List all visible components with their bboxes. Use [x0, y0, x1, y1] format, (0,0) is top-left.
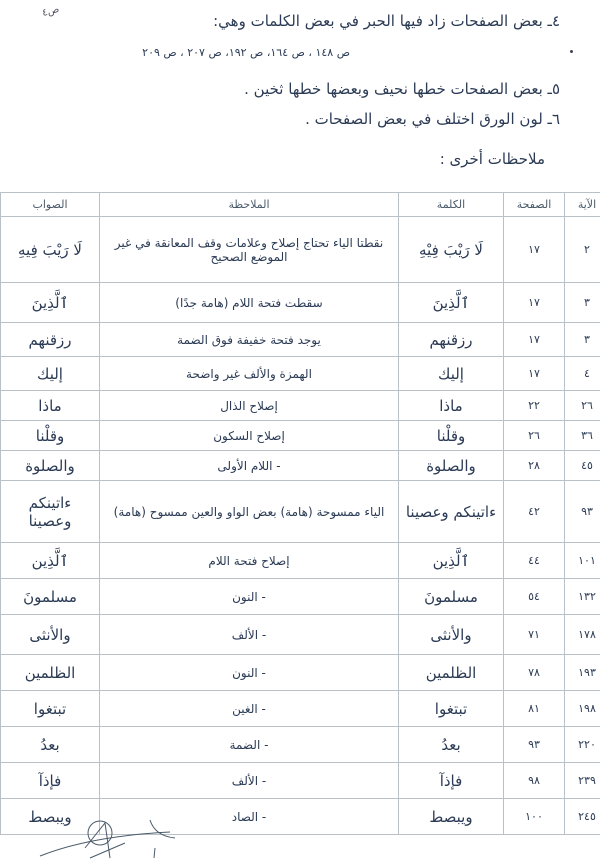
table-row: ٢٢٠٩٣بعدُ- الضمةبعدُ	[1, 727, 600, 763]
cell-note: - اللام الأولى	[100, 451, 399, 481]
cell-page: ٧٨	[504, 655, 565, 691]
cell-note: سقطت فتحة اللام (هامة جدًا)	[100, 283, 399, 323]
header-page: الصفحة	[504, 193, 565, 217]
cell-word: إليك	[399, 357, 504, 391]
cell-page: ٢٨	[504, 451, 565, 481]
cell-note: - الغين	[100, 691, 399, 727]
cell-page: ٢٢	[504, 391, 565, 421]
table-row: ٤٥٢٨والصلوة- اللام الأولىوالصلوة	[1, 451, 600, 481]
table-row: ٤١٧إليكالهمزة والألف غير واضحةإليك	[1, 357, 600, 391]
cell-page: ١٠٠	[504, 799, 565, 835]
cell-page: ١٧	[504, 283, 565, 323]
header-ayah: الآية	[565, 193, 600, 217]
cell-word: وقلْنا	[399, 421, 504, 451]
table-row: ٣٦٢٦وقلْناإصلاح السكونوقلْنا	[1, 421, 600, 451]
cell-note: - الضمة	[100, 727, 399, 763]
cell-word: مسلمونَ	[399, 579, 504, 615]
note-item-6: ٦ـ لون الورق اختلف في بعض الصفحات .	[305, 110, 560, 128]
cell-word: ماذا	[399, 391, 504, 421]
cell-correction: ءاتينكم وعصينا	[1, 481, 100, 543]
cell-ayah: ٣	[565, 323, 600, 357]
cell-page: ٥٤	[504, 579, 565, 615]
table-header-row: السورة الآية الصفحة الكلمة الملاحظة الصو…	[1, 193, 600, 217]
page-number-mark: ص٤	[41, 4, 61, 19]
cell-word: ٱلَّذِين	[399, 543, 504, 579]
cell-page: ٤٤	[504, 543, 565, 579]
cell-correction: لَا رَيْبَ فِيهِ	[1, 217, 100, 283]
cell-word: والصلوة	[399, 451, 504, 481]
cell-note: - النون	[100, 655, 399, 691]
cell-word: رزقنهم	[399, 323, 504, 357]
cell-page: ٢٦	[504, 421, 565, 451]
table-row: البقرة٢١٧لَا رَيْبَ فِيْهِنقطتا الياء تح…	[1, 217, 600, 283]
cell-word: فإذآ	[399, 763, 504, 799]
cell-ayah: ٤٥	[565, 451, 600, 481]
cell-word: ويبصط	[399, 799, 504, 835]
cell-ayah: ١٧٨	[565, 615, 600, 655]
affected-pages-list: ص ١٤٨ ، ص ١٦٤، ص ١٩٢، ص ٢٠٧ ، ص ٢٠٩	[142, 46, 350, 59]
cell-ayah: ١٣٢	[565, 579, 600, 615]
cell-ayah: ٢٣٩	[565, 763, 600, 799]
cell-word: تبتغوا	[399, 691, 504, 727]
cell-ayah: ٤	[565, 357, 600, 391]
cell-ayah: ٣	[565, 283, 600, 323]
cell-ayah: ٢٤٥	[565, 799, 600, 835]
cell-note: إصلاح السكون	[100, 421, 399, 451]
cell-page: ٧١	[504, 615, 565, 655]
table-row: ١٩٨٨١تبتغوا- الغينتبتغوا	[1, 691, 600, 727]
note-item-4: ٤ـ بعض الصفحات زاد فيها الحبر في بعض الك…	[213, 12, 560, 30]
cell-ayah: ١٩٨	[565, 691, 600, 727]
cell-correction: ٱلَّذِين	[1, 543, 100, 579]
cell-word: بعدُ	[399, 727, 504, 763]
cell-correction: رزقنهم	[1, 323, 100, 357]
cell-ayah: ١٠١	[565, 543, 600, 579]
cell-word: الظلمين	[399, 655, 504, 691]
cell-ayah: ٢	[565, 217, 600, 283]
margin-dot	[570, 50, 573, 53]
cell-page: ١٧	[504, 357, 565, 391]
table-row: ٢٦٢٢ماذاإصلاح الذالماذا	[1, 391, 600, 421]
table-row: ٩٣٤٢ءاتينكم وعصيناالياء ممسوحة (هامة) بع…	[1, 481, 600, 543]
cell-note: - الألف	[100, 763, 399, 799]
header-note: الملاحظة	[100, 193, 399, 217]
cell-correction: ٱلَّذِينَ	[1, 283, 100, 323]
cell-ayah: ١٩٣	[565, 655, 600, 691]
cell-correction: بعدُ	[1, 727, 100, 763]
cell-word: لَا رَيْبَ فِيْهِ	[399, 217, 504, 283]
cell-correction: وقلْنا	[1, 421, 100, 451]
cell-ayah: ٢٦	[565, 391, 600, 421]
cell-ayah: ٣٦	[565, 421, 600, 451]
cell-note: إصلاح فتحة اللام	[100, 543, 399, 579]
table-row: ١٩٣٧٨الظلمين- النونالظلمين	[1, 655, 600, 691]
cell-note: إصلاح الذال	[100, 391, 399, 421]
header-correction: الصواب	[1, 193, 100, 217]
cell-ayah: ٢٢٠	[565, 727, 600, 763]
other-notes-heading: ملاحظات أخرى :	[440, 150, 545, 168]
cell-note: الياء ممسوحة (هامة) بعض الواو والعين ممس…	[100, 481, 399, 543]
table-row: ٣١٧رزقنهميوجد فتحة خفيفة فوق الضمةرزقنهم	[1, 323, 600, 357]
cell-correction: إليك	[1, 357, 100, 391]
cell-note: نقطتا الياء تحتاج إصلاح وعلامات وقف المع…	[100, 217, 399, 283]
signature	[30, 818, 180, 859]
corrections-table: السورة الآية الصفحة الكلمة الملاحظة الصو…	[0, 192, 600, 835]
cell-note: - الألف	[100, 615, 399, 655]
cell-correction: الظلمين	[1, 655, 100, 691]
header-word: الكلمة	[399, 193, 504, 217]
table-row: ١٧٨٧١والأنثى- الألفوالأنثى	[1, 615, 600, 655]
table-row: ١٠١٤٤ٱلَّذِينإصلاح فتحة اللامٱلَّذِين	[1, 543, 600, 579]
cell-note: - النون	[100, 579, 399, 615]
cell-word: ٱلَّذِينَ	[399, 283, 504, 323]
cell-page: ٩٣	[504, 727, 565, 763]
cell-correction: مسلمونَ	[1, 579, 100, 615]
cell-correction: ماذا	[1, 391, 100, 421]
cell-page: ٤٢	[504, 481, 565, 543]
cell-word: ءاتينكم وعصينا	[399, 481, 504, 543]
table-row: ٣١٧ٱلَّذِينَسقطت فتحة اللام (هامة جدًا)ٱ…	[1, 283, 600, 323]
cell-note: الهمزة والألف غير واضحة	[100, 357, 399, 391]
cell-page: ٩٨	[504, 763, 565, 799]
cell-correction: تبتغوا	[1, 691, 100, 727]
cell-page: ١٧	[504, 217, 565, 283]
table-row: ١٣٢٥٤مسلمونَ- النونمسلمونَ	[1, 579, 600, 615]
cell-note: يوجد فتحة خفيفة فوق الضمة	[100, 323, 399, 357]
cell-correction: والأنثى	[1, 615, 100, 655]
cell-correction: والصلوة	[1, 451, 100, 481]
cell-ayah: ٩٣	[565, 481, 600, 543]
cell-word: والأنثى	[399, 615, 504, 655]
cell-page: ١٧	[504, 323, 565, 357]
cell-correction: فإذآ	[1, 763, 100, 799]
cell-page: ٨١	[504, 691, 565, 727]
table-row: ٢٣٩٩٨فإذآ- الألففإذآ	[1, 763, 600, 799]
note-item-5: ٥ـ بعض الصفحات خطها نحيف وبعضها خطها ثخي…	[244, 80, 560, 98]
